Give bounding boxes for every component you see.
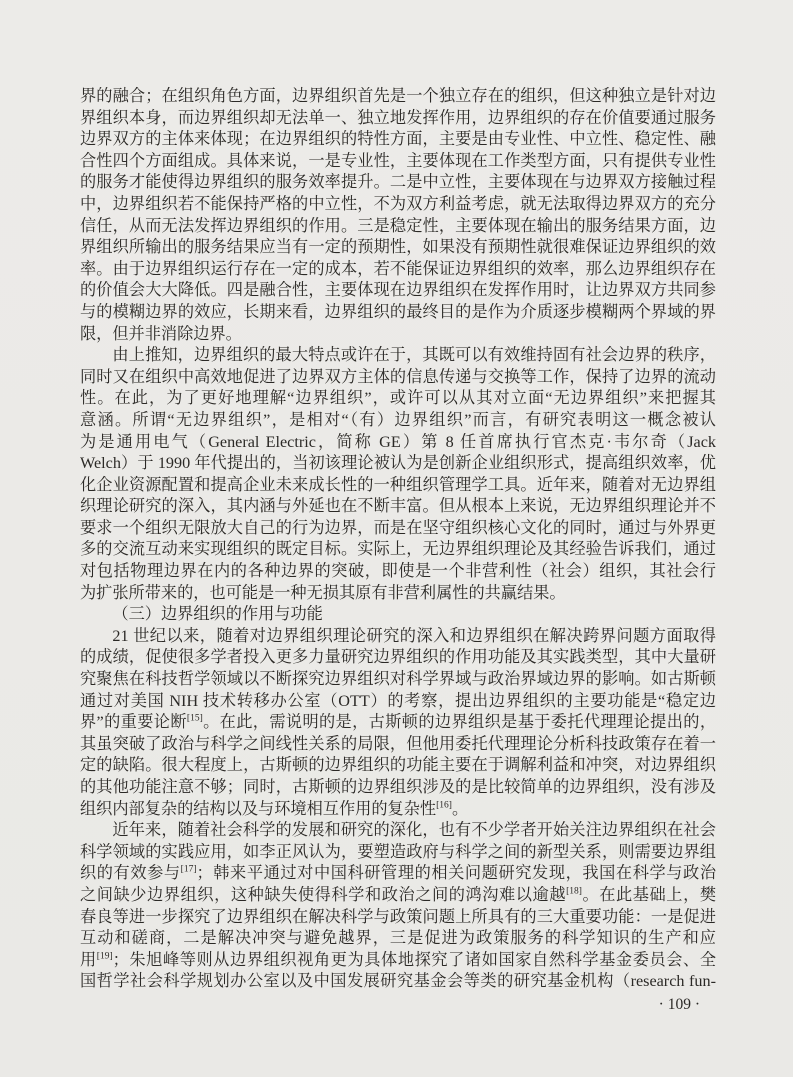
- text-line: 率。由于边界组织运行存在一定的成本，若不能保证边界组织的效率，那么边界组织存在: [80, 259, 716, 281]
- text-line: 的其他功能注意不够；同时，古斯顿的边界组织涉及的是比较简单的边界组织，没有涉及: [80, 777, 716, 799]
- page-number: · 109 ·: [659, 994, 700, 1015]
- text-column: 界的融合；在组织角色方面，边界组织首先是一个独立存在的组织，但这种独立是针对边界…: [80, 86, 716, 993]
- citation-superscript: [18]: [566, 887, 582, 897]
- text-line: 要求一个组织无限放大自己的行为边界，而是在坚守组织核心文化的同时，通过与外界更: [80, 518, 716, 540]
- text-line: 其虽突破了政治与科学之间线性关系的局限，但他用委托代理理论分析科技政策存在着一: [80, 734, 716, 756]
- text-line: 的成绩，促使很多学者投入更多力量研究边界组织的作用功能及其实践类型，其中大量研: [80, 647, 716, 669]
- text-line: 界组织本身，而边界组织却无法单一、独立地发挥作用，边界组织的存在价值要通过服务: [80, 108, 716, 130]
- text-line: 的服务才能使得边界组织的服务效率提升。二是中立性，主要体现在与边界双方接触过程: [80, 172, 716, 194]
- text-line: 互动和磋商，二是解决冲突与避免越界，三是促进为政策服务的科学知识的生产和应: [80, 928, 716, 950]
- text-line: 为是通用电气（General Electric，简称 GE）第 8 任首席执行官…: [80, 432, 716, 454]
- text-line: 用[19]；朱旭峰等则从边界组织视角更为具体地探究了诸如国家自然科学基金委员会、…: [80, 950, 716, 972]
- text-line: Welch）于 1990 年代提出的，当初该理论被认为是创新企业组织形式，提高组…: [80, 453, 716, 475]
- text-line: 对包括物理边界在内的各种边界的突破，即使是一个非营利性（社会）组织，其社会行: [80, 561, 716, 583]
- text-line: 为扩张所带来的，也可能是一种无损其原有非营利属性的共赢结果。: [80, 583, 716, 605]
- text-line: 春良等进一步探究了边界组织在解决科学与政策问题上所具有的三大重要功能：一是促进: [80, 907, 716, 929]
- document-page: 界的融合；在组织角色方面，边界组织首先是一个独立存在的组织，但这种独立是针对边界…: [0, 0, 793, 1077]
- text-line: 信任，从而无法发挥边界组织的作用。三是稳定性，主要体现在输出的服务结果方面，边: [80, 216, 716, 238]
- text-line: 性。在此，为了更好地理解“边界组织”，或许可以从其对立面“无边界组织”来把握其: [80, 388, 716, 410]
- text-line: 国哲学社会科学规划办公室以及中国发展研究基金会等类的研究基金机构（researc…: [80, 971, 716, 993]
- text-line: 科学领域的实践应用，如李正风认为，要塑造政府与科学之间的新型关系，则需要边界组: [80, 842, 716, 864]
- text-line: 中，边界组织若不能保持严格的中立性，不为双方利益考虑，就无法取得边界双方的充分: [80, 194, 716, 216]
- section-heading: （三）边界组织的作用与功能: [80, 604, 716, 626]
- text-line: 究聚焦在科技哲学领域以不断探究边界组织对科学界域与政治界域边界的影响。如古斯顿: [80, 669, 716, 691]
- text-line: 意涵。所谓“无边界组织”，是相对“（有）边界组织”而言，有研究表明这一概念被认: [80, 410, 716, 432]
- text-line: 定的缺陷。很大程度上，古斯顿的边界组织的功能主要在于调解利益和冲突，对边界组织: [80, 755, 716, 777]
- citation-superscript: [19]: [97, 951, 113, 961]
- text-line: 限，但并非消除边界。: [80, 324, 716, 346]
- text-line: 与的模糊边界的效应，长期来看，边界组织的最终目的是作为介质逐步模糊两个界域的界: [80, 302, 716, 324]
- text-line: 同时又在组织中高效地促进了边界双方主体的信息传递与交换等工作，保持了边界的流动: [80, 367, 716, 389]
- text-line: 多的交流互动来实现组织的既定目标。实际上，无边界组织理论及其经验告诉我们，通过: [80, 539, 716, 561]
- text-line: 组织内部复杂的结构以及与环境相互作用的复杂性[16]。: [80, 799, 716, 821]
- text-line: 化企业资源配置和提高企业未来成长性的一种组织管理学工具。近年来，随着对无边界组: [80, 475, 716, 497]
- text-line: 界的融合；在组织角色方面，边界组织首先是一个独立存在的组织，但这种独立是针对边: [80, 86, 716, 108]
- text-line: 近年来，随着社会科学的发展和研究的深化，也有不少学者开始关注边界组织在社会: [80, 820, 716, 842]
- text-line: 之间缺少边界组织，这种缺失使得科学和政治之间的鸿沟难以逾越[18]。在此基础上，…: [80, 885, 716, 907]
- text-line: 21 世纪以来，随着对边界组织理论研究的深入和边界组织在解决跨界问题方面取得: [80, 626, 716, 648]
- text-line: 界”的重要论断[15]。在此，需说明的是，古斯顿的边界组织是基于委托代理理论提出…: [80, 712, 716, 734]
- text-line: 织的有效参与[17]；韩来平通过对中国科研管理的相关问题研究发现，我国在科学与政…: [80, 863, 716, 885]
- text-line: 的价值会大大降低。四是融合性，主要体现在边界组织在发挥作用时，让边界双方共同参: [80, 280, 716, 302]
- text-line: 界组织所输出的服务结果应当有一定的预期性，如果没有预期性就很难保证边界组织的效: [80, 237, 716, 259]
- text-line: 合性四个方面组成。具体来说，一是专业性，主要体现在工作类型方面，只有提供专业性: [80, 151, 716, 173]
- citation-superscript: [16]: [436, 800, 452, 810]
- text-line: 由上推知，边界组织的最大特点或许在于，其既可以有效维持固有社会边界的秩序，: [80, 345, 716, 367]
- citation-superscript: [17]: [181, 865, 197, 875]
- text-line: 边界双方的主体来体现；在边界组织的特性方面，主要是由专业性、中立性、稳定性、融: [80, 129, 716, 151]
- citation-superscript: [15]: [187, 714, 203, 724]
- text-line: 织理论研究的深入，其内涵与外延也在不断丰富。但从根本上来说，无边界组织理论并不: [80, 496, 716, 518]
- text-line: 通过对美国 NIH 技术转移办公室（OTT）的考察，提出边界组织的主要功能是“稳…: [80, 691, 716, 713]
